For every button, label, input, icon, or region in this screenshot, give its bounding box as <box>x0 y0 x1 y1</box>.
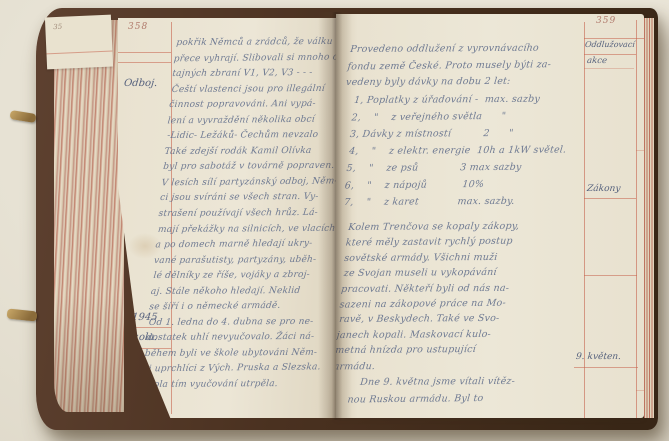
photo-open-chronicle-book: 35 358 Odboj. 1945 Škola. pokřik Němců a… <box>0 0 669 441</box>
right-page: 359 Oddlužovací akce Zákony 9. květen. P… <box>336 14 644 418</box>
handwritten-line: tajných zbraní V1, V2, V3 - - - <box>171 66 333 83</box>
page-edges-stack-left <box>54 20 124 412</box>
handwritten-line: pokřik Němců a zrádců, že válku <box>175 35 337 52</box>
ruled-line <box>118 52 171 53</box>
page-number: 358 <box>128 22 148 32</box>
handwritten-line: 5, " ze psů 3 max sazby <box>346 158 580 177</box>
handwritten-line: které měly zastavit rychlý postup <box>345 233 583 251</box>
handwriting-block: Dne 9. května jsme vítali vítěz-nou Rusk… <box>347 372 587 408</box>
handwritten-line: a po domech marně hledají ukry- <box>155 237 317 254</box>
handwritten-line: Provedeno oddlužení z vyrovnávacího <box>349 40 583 58</box>
handwritten-line: sovětské armády. Všichni muži <box>343 249 581 266</box>
handwritten-line: se šíří i o německé armádě. <box>149 299 311 316</box>
under-page-corner: 35 <box>45 15 113 70</box>
margin-note-akce: akce <box>586 56 607 66</box>
handwritten-line: 6, " z nápojů 10% <box>344 175 578 195</box>
handwritten-line: dostatek uhlí nevyučovalo. Žáci ná- <box>145 330 307 347</box>
handwritten-line: metná hnízda pro ustupující <box>336 342 572 359</box>
handwritten-line: ci uprchlíci z Vých. Pruska a Slezska. <box>142 361 304 378</box>
ruled-line <box>574 367 638 368</box>
handwritten-line: ci jsou svíráni se všech stran. Vy- <box>159 190 321 207</box>
left-page: 358 Odboj. 1945 Škola. pokřik Němců a zr… <box>118 18 336 418</box>
handwriting-block: Kolem Trenčova se kopaly zákopy,které mě… <box>336 218 584 374</box>
handwritten-line: -Lidic- Ležáků- Čechům nevzalo <box>166 128 328 145</box>
ruled-line <box>584 38 644 39</box>
ruled-line <box>46 51 112 55</box>
ruled-line <box>636 150 644 151</box>
margin-note-9-kveten: 9. květen. <box>575 352 621 362</box>
brass-clasp <box>7 308 38 321</box>
handwritten-line: 3, Dávky z místností 2 " <box>349 124 583 143</box>
handwritten-line: vedeny byly dávky na dobu 2 let: <box>345 73 579 91</box>
handwritten-line: přece vyhrají. Slibovali si mnoho od <box>173 50 335 67</box>
handwritten-line: byl pro sabotáž v továrně popraven. <box>162 159 324 176</box>
ruled-line <box>636 390 644 391</box>
handwritten-line: Škola tím vyučování utrpěla. <box>141 377 303 394</box>
handwritten-line: Také zdejší rodák Kamil Olívka <box>164 144 326 161</box>
handwritten-line: ze Svojan museli u vykopávání <box>343 265 581 282</box>
handwritten-line: vané parašutisty, partyzány, uběh- <box>153 253 315 270</box>
handwritten-line: fondu země České. Proto musely býti za- <box>347 56 581 75</box>
margin-note-odboj: Odboj. <box>123 78 157 89</box>
ruled-line <box>584 275 637 276</box>
handwriting-block: Provedeno oddlužení z vyrovnávacíhofondu… <box>345 40 582 91</box>
handwritten-line: 7, " z karet max. sazby. <box>343 192 577 211</box>
handwritten-line: nou Ruskou armádu. Byl to <box>347 389 585 409</box>
handwritten-line: V lesích sílí partyzánský odboj, Něm- <box>161 174 323 191</box>
handwritten-line: činnost popravováni. Ani vypá- <box>168 97 330 114</box>
handwritten-line: Čeští vlastenci jsou pro illegální <box>171 82 333 99</box>
handwritten-line: mají překážky na silnicích, ve vlacích <box>157 221 319 238</box>
handwriting-block: pokřik Němců a zrádců, že válkupřece vyh… <box>141 35 336 394</box>
handwritten-line: lé dělníky ze říše, vojáky a zbroj- <box>153 268 315 285</box>
handwritten-line: 2, " z veřejného světla " <box>351 107 585 127</box>
handwritten-line: 4, " z elektr. energie 10h a 1kW světel. <box>348 141 582 160</box>
handwritten-line: Dne 9. května jsme vítali vítěz- <box>349 372 587 391</box>
edge-page-number: 35 <box>53 23 62 31</box>
margin-note-zakony: Zákony <box>586 184 620 194</box>
margin-ruled-line <box>636 20 637 418</box>
handwriting-tariff-list: 1, Poplatky z úřadování - max. sazby2, "… <box>342 90 586 211</box>
handwritten-line: lení a vyvraždění několika obcí <box>167 112 329 129</box>
ruled-line <box>118 62 171 63</box>
page-number: 359 <box>596 16 616 26</box>
ruled-line <box>584 68 634 69</box>
ruled-line <box>584 198 636 199</box>
handwritten-line: Od 1. ledna do 4. dubna se pro ne- <box>148 315 310 332</box>
handwritten-line: janech kopali. Maskovací kulo- <box>336 326 574 343</box>
handwritten-line: 1, Poplatky z úřadování - max. sazby <box>353 90 587 109</box>
margin-note-oddluzovaci: Oddlužovací <box>585 40 636 49</box>
ruled-line <box>584 54 636 55</box>
handwritten-line: strašení používají všech hrůz. Lá- <box>158 206 320 223</box>
brass-clasp <box>9 110 36 123</box>
page-edges-stack-right <box>644 18 654 418</box>
handwritten-line: ravě, v Beskydech. Také ve Svo- <box>338 311 576 328</box>
